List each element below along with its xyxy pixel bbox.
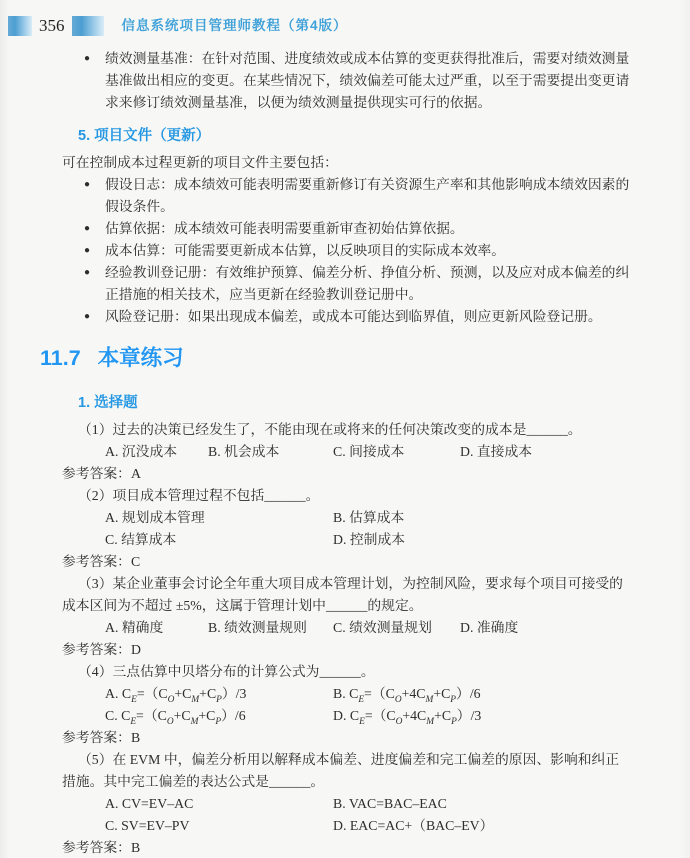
question-options: A. CE=（CO+CM+CP）/3 B. CE=（CO+4CM+CP）/6 C… [105,683,636,727]
reference-answer: 参考答案：D [62,639,636,661]
section5-intro: 可在控制成本过程更新的项目文件主要包括： [62,152,636,174]
option-c: C. SV=EV–PV [105,815,333,837]
stem-line: （4）三点估算中贝塔分布的计算公式为______。 [62,661,636,683]
option-d: D. 准确度 [460,617,636,639]
bullet-marker: ● [84,240,90,262]
option-b: B. 估算成本 [333,507,636,529]
section5-heading: 5. 项目文件（更新） [78,125,636,147]
option-a: A. CV=EV–AC [105,793,333,815]
option-b: B. 机会成本 [208,441,333,463]
header-gradient-bar-right [72,16,104,36]
question-options: A. 精确度 B. 绩效测量规则 C. 绩效测量规划 D. 准确度 [105,617,636,639]
option-c: C. 绩效测量规划 [333,617,460,639]
question-4: （4）三点估算中贝塔分布的计算公式为______。 A. CE=（CO+CM+C… [62,661,636,749]
question-3: （3）某企业董事会讨论全年重大项目成本管理计划，为控制风险，要求每个项目可接受的… [62,573,636,661]
bullet-assumption-log: ● 假设日志：成本绩效可能表明需要重新修订有关资源生产率和其他影响成本绩效因素的… [62,174,636,218]
page-number: 356 [32,16,72,36]
bullet-line: 风险登记册：如果出现成本偏差，或成本可能达到临界值，则应更新风险登记册。 [105,306,636,328]
option-a: A. 沉没成本 [105,441,208,463]
question-5: （5）在 EVM 中，偏差分析用以解释成本偏差、进度偏差和完工偏差的原因、影响和… [62,749,636,858]
bullet-line: 经验教训登记册：有效维护预算、偏差分析、挣值分析、预测，以及应对成本偏差的纠 [105,262,636,284]
question-stem: （2）项目成本管理过程不包括______。 [62,485,636,507]
bullet-risk-register: ● 风险登记册：如果出现成本偏差，或成本可能达到临界值，则应更新风险登记册。 [62,306,636,328]
option-c: C. 间接成本 [333,441,460,463]
stem-line: （5）在 EVM 中，偏差分析用以解释成本偏差、进度偏差和完工偏差的原因、影响和… [62,749,636,771]
question-1: （1）过去的决策已经发生了，不能由现在或将来的任何决策改变的成本是______。… [62,419,636,485]
question-options: A. CV=EV–AC B. VAC=BAC–EAC C. SV=EV–PV D… [105,793,636,837]
question-stem: （3）某企业董事会讨论全年重大项目成本管理计划，为控制风险，要求每个项目可接受的… [62,573,636,617]
bullet-marker: ● [84,48,90,70]
bullet-marker: ● [84,306,90,328]
page-content: ● 绩效测量基准：在针对范围、进度绩效或成本估算的变更获得批准后，需要对绩效测量… [0,48,690,858]
reference-answer: 参考答案：C [62,551,636,573]
stem-line: 措施。其中完工偏差的表达公式是______。 [62,771,636,793]
option-c: C. CE=（CO+CM+CP）/6 [105,705,333,727]
option-b: B. 绩效测量规则 [208,617,333,639]
chapter-title: 本章练习 [98,343,184,373]
subsection-heading: 1. 选择题 [78,392,636,414]
stem-line: （1）过去的决策已经发生了，不能由现在或将来的任何决策改变的成本是______。 [62,419,636,441]
bullet-line: 估算依据：成本绩效可能表明需要重新审查初始估算依据。 [105,218,636,240]
header-gradient-bar-left [8,16,32,36]
bullet-performance-baseline: ● 绩效测量基准：在针对范围、进度绩效或成本估算的变更获得批准后，需要对绩效测量… [62,48,636,114]
reference-answer: 参考答案：A [62,463,636,485]
bullet-line: 绩效测量基准：在针对范围、进度绩效或成本估算的变更获得批准后，需要对绩效测量 [105,48,636,70]
question-stem: （1）过去的决策已经发生了，不能由现在或将来的任何决策改变的成本是______。 [62,419,636,441]
bullet-lessons-learned: ● 经验教训登记册：有效维护预算、偏差分析、挣值分析、预测，以及应对成本偏差的纠… [62,262,636,306]
option-b: B. VAC=BAC–EAC [333,793,636,815]
stem-line: （3）某企业董事会讨论全年重大项目成本管理计划，为控制风险，要求每个项目可接受的 [62,573,636,595]
question-stem: （5）在 EVM 中，偏差分析用以解释成本偏差、进度偏差和完工偏差的原因、影响和… [62,749,636,793]
bullet-line: 成本估算：可能需要更新成本估算，以反映项目的实际成本效率。 [105,240,636,262]
option-c: C. 结算成本 [105,529,333,551]
question-2: （2）项目成本管理过程不包括______。 A. 规划成本管理 B. 估算成本 … [62,485,636,573]
question-options: A. 沉没成本 B. 机会成本 C. 间接成本 D. 直接成本 [105,441,636,463]
book-title: 信息系统项目管理师教程（第4版） [122,15,348,37]
bullet-basis-of-estimates: ● 估算依据：成本绩效可能表明需要重新审查初始估算依据。 [62,218,636,240]
reference-answer: 参考答案：B [62,727,636,749]
chapter-heading: 11.7 本章练习 [40,343,636,373]
option-d: D. 控制成本 [333,529,636,551]
bullet-line: 求来修订绩效测量基准，以便为绩效测量提供现实可行的依据。 [105,92,636,114]
bullet-marker: ● [84,218,90,240]
bullet-line: 基准做出相应的变更。在某些情况下，绩效偏差可能太过严重，以至于需要提出变更请 [105,70,636,92]
bullet-cost-estimates: ● 成本估算：可能需要更新成本估算，以反映项目的实际成本效率。 [62,240,636,262]
reference-answer: 参考答案：B [62,837,636,858]
option-d: D. 直接成本 [460,441,636,463]
stem-line: （2）项目成本管理过程不包括______。 [62,485,636,507]
option-a: A. CE=（CO+CM+CP）/3 [105,683,333,705]
option-d: D. EAC=AC+（BAC–EV） [333,815,636,837]
page-header: 356 信息系统项目管理师教程（第4版） [0,15,690,36]
question-options: A. 规划成本管理 B. 估算成本 C. 结算成本 D. 控制成本 [105,507,636,551]
chapter-number: 11.7 [40,343,81,373]
question-stem: （4）三点估算中贝塔分布的计算公式为______。 [62,661,636,683]
bullet-marker: ● [84,174,90,196]
option-a: A. 规划成本管理 [105,507,333,529]
bullet-line: 正措施的相关技术，应当更新在经验教训登记册中。 [105,284,636,306]
option-d: D. CE=（CO+4CM+CP）/3 [333,705,636,727]
stem-line: 成本区间为不超过 ±5%，这属于管理计划中______的规定。 [62,595,636,617]
option-a: A. 精确度 [105,617,208,639]
option-b: B. CE=（CO+4CM+CP）/6 [333,683,636,705]
bullet-line: 假设日志：成本绩效可能表明需要重新修订有关资源生产率和其他影响成本绩效因素的 [105,174,636,196]
bullet-line: 假设条件。 [105,196,636,218]
bullet-marker: ● [84,262,90,284]
